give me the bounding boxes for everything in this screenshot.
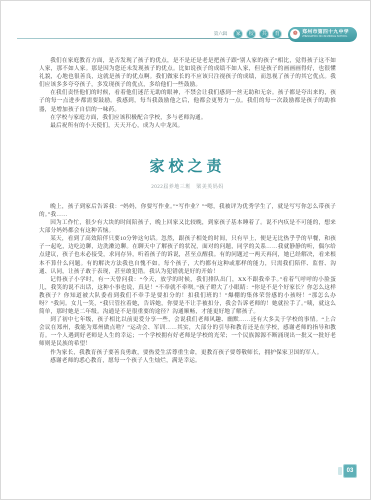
article-byline: 2022届养地三班 梁美英妈妈: [39, 183, 336, 190]
article-paragraph: 因为工作忙，很少有大块的时间陪孩子，晚上回家又比较晚，到家孩子基本睡着了。说不内…: [39, 219, 336, 235]
article-paragraph: 晚上，孩子到家后告诉我：“妈妈，你要写作业。”“写作业？”“嗯，我被评为优秀学生…: [39, 203, 336, 219]
article-title: 家校之责: [39, 155, 336, 176]
page-number-tab: [338, 467, 342, 475]
series-badge: 共: [259, 29, 269, 39]
series-badge: 育: [272, 29, 282, 39]
page-number: 03: [338, 464, 357, 478]
school-name-english: ZHENGZHOU NO.49 MIDDLE SCHOOL: [302, 35, 349, 39]
page-content: 我们在家庭教育方面，是否发现了孩子的优点，是不是还是老是把孩子跟“别人家的孩子”…: [39, 57, 336, 463]
intro-paragraph: 在学校与家庭方面，我们应该积极配合学校，多与老师沟通。: [39, 114, 336, 122]
school-banner: ❁ 郑州市第四十九中学 ZHENGZHOU NO.49 MIDDLE SCHOO…: [288, 27, 357, 42]
series-badge: 校: [246, 29, 256, 39]
intro-paragraph: 我们在家庭教育方面，是否发现了孩子的优点，是不是还是老是把孩子跟“别人家的孩子”…: [39, 57, 336, 89]
intro-paragraph: 最后祝所有的小天使们，天天开心，成为人中龙凤。: [39, 122, 336, 130]
article-paragraph: 到了初中七年级，孩子相比以前更爱分享一些，会说我们老师风趣、幽默……还有大多关于…: [39, 316, 336, 348]
school-logo-icon: ❁: [290, 29, 300, 39]
page-number-value: 03: [343, 464, 357, 478]
article-paragraph: 记得孩子小学时，有一天曾问我：“今天，放学的时候，我们排队出门，XX不跟我牵手。…: [39, 276, 336, 316]
series-badge: 家: [233, 29, 243, 39]
article-paragraph: 感谢老师的悉心教育，愿每一个孩子人生灿烂，满是幸运。: [39, 357, 336, 365]
article-paragraph: 作为家长，我教育孩子要善良勇敢，要热爱生活尊重生命，更教育孩子要尊敬师长，拥护保…: [39, 349, 336, 357]
school-name-block: 郑州市第四十九中学 ZHENGZHOU NO.49 MIDDLE SCHOOL: [302, 30, 349, 39]
volume-label: 第六辑: [214, 31, 228, 37]
article-paragraph: 某天，看到了高效陪伴只要10分钟这句话。忽然，跟孩子相处的时间，只有早上，便是无…: [39, 235, 336, 275]
page-header: 第六辑 家 校 共 育 ❁ 郑州市第四十九中学 ZHENGZHOU NO.49 …: [214, 26, 357, 42]
intro-paragraph: 在我们责怪他们的时候，看着他们迷茫无助的眼神，不禁会让我们感到一丝无助和无奈。孩…: [39, 89, 336, 113]
